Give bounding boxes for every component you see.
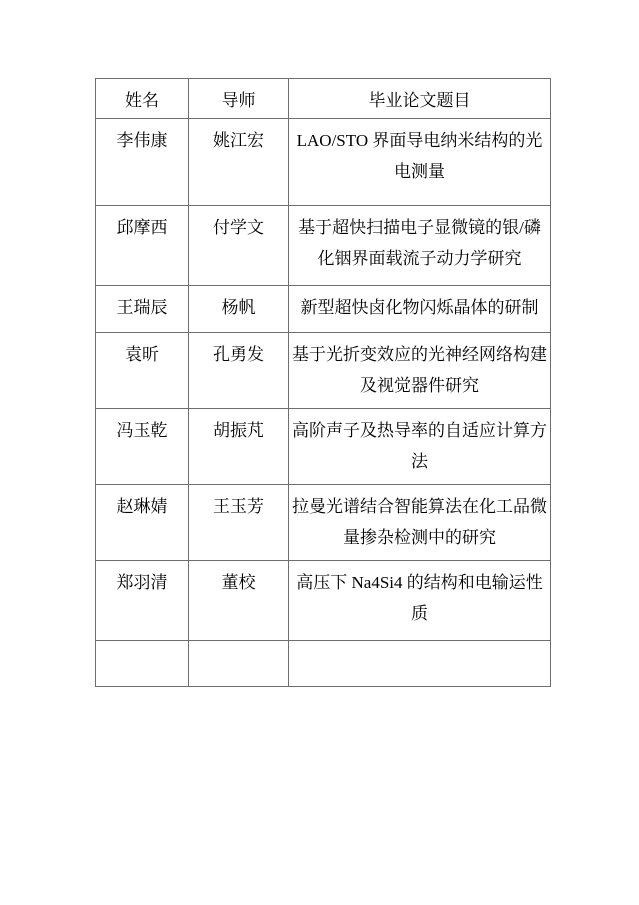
student-name-cell: 赵琳婧 bbox=[96, 485, 189, 561]
table-row: 袁昕 孔勇发 基于光折变效应的光神经网络构建及视觉器件研究 bbox=[96, 333, 551, 409]
student-name-cell bbox=[96, 641, 189, 687]
student-name-cell: 冯玉乾 bbox=[96, 409, 189, 485]
header-name: 姓名 bbox=[96, 79, 189, 119]
advisor-cell: 付学文 bbox=[189, 206, 289, 286]
document-page: 姓名 导师 毕业论文题目 李伟康 姚江宏 LAO/STO 界面导电纳米结构的光电… bbox=[0, 0, 639, 905]
student-name-cell: 王瑞辰 bbox=[96, 286, 189, 333]
thesis-title-cell: 高阶声子及热导率的自适应计算方法 bbox=[289, 409, 551, 485]
student-name-cell: 李伟康 bbox=[96, 119, 189, 206]
table-row: 邱摩西 付学文 基于超快扫描电子显微镜的银/磷化铟界面载流子动力学研究 bbox=[96, 206, 551, 286]
thesis-title-cell: 基于光折变效应的光神经网络构建及视觉器件研究 bbox=[289, 333, 551, 409]
thesis-table: 姓名 导师 毕业论文题目 李伟康 姚江宏 LAO/STO 界面导电纳米结构的光电… bbox=[95, 78, 551, 687]
advisor-cell: 杨帆 bbox=[189, 286, 289, 333]
table-row-empty bbox=[96, 641, 551, 687]
table-row: 赵琳婧 王玉芳 拉曼光谱结合智能算法在化工品微量掺杂检测中的研究 bbox=[96, 485, 551, 561]
table-row: 李伟康 姚江宏 LAO/STO 界面导电纳米结构的光电测量 bbox=[96, 119, 551, 206]
table-row: 冯玉乾 胡振芃 高阶声子及热导率的自适应计算方法 bbox=[96, 409, 551, 485]
thesis-title-cell bbox=[289, 641, 551, 687]
header-advisor: 导师 bbox=[189, 79, 289, 119]
advisor-cell: 董校 bbox=[189, 561, 289, 641]
thesis-title-cell: 新型超快卤化物闪烁晶体的研制 bbox=[289, 286, 551, 333]
header-thesis-title: 毕业论文题目 bbox=[289, 79, 551, 119]
advisor-cell: 姚江宏 bbox=[189, 119, 289, 206]
student-name-cell: 邱摩西 bbox=[96, 206, 189, 286]
student-name-cell: 袁昕 bbox=[96, 333, 189, 409]
thesis-title-cell: 基于超快扫描电子显微镜的银/磷化铟界面载流子动力学研究 bbox=[289, 206, 551, 286]
thesis-title-cell: 拉曼光谱结合智能算法在化工品微量掺杂检测中的研究 bbox=[289, 485, 551, 561]
table-header-row: 姓名 导师 毕业论文题目 bbox=[96, 79, 551, 119]
table-row: 王瑞辰 杨帆 新型超快卤化物闪烁晶体的研制 bbox=[96, 286, 551, 333]
table-row: 郑羽清 董校 高压下 Na4Si4 的结构和电输运性质 bbox=[96, 561, 551, 641]
student-name-cell: 郑羽清 bbox=[96, 561, 189, 641]
advisor-cell: 王玉芳 bbox=[189, 485, 289, 561]
thesis-title-cell: 高压下 Na4Si4 的结构和电输运性质 bbox=[289, 561, 551, 641]
advisor-cell bbox=[189, 641, 289, 687]
thesis-title-cell: LAO/STO 界面导电纳米结构的光电测量 bbox=[289, 119, 551, 206]
advisor-cell: 胡振芃 bbox=[189, 409, 289, 485]
advisor-cell: 孔勇发 bbox=[189, 333, 289, 409]
